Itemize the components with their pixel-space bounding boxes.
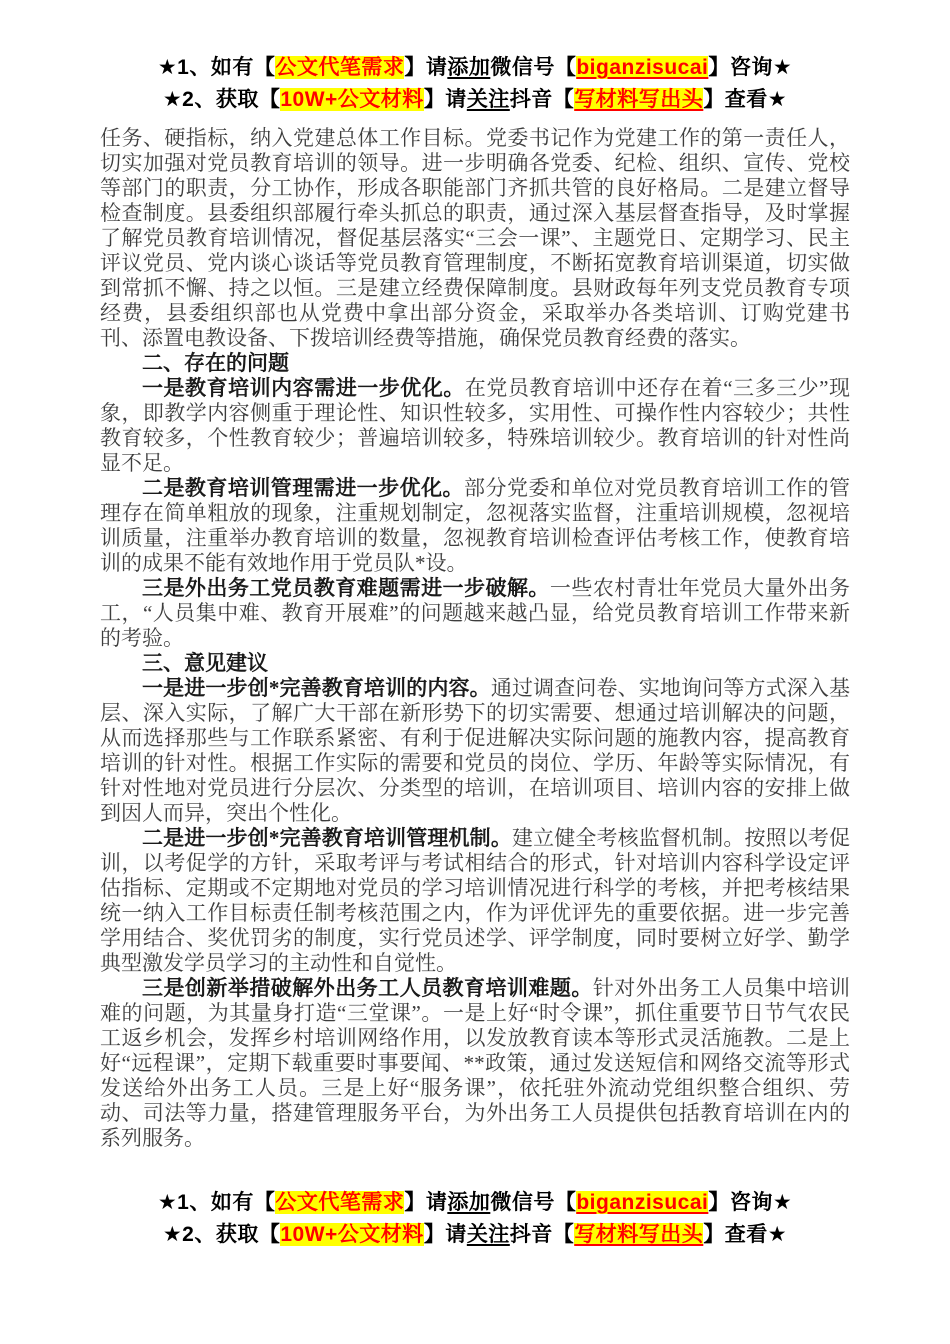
section-heading: 三、意见建议 xyxy=(100,651,850,676)
promo-text: 】请 xyxy=(424,88,467,111)
promo-text: ★1、如有【 xyxy=(158,1191,276,1214)
paragraph: 三是创新举措破解外出务工人员教育培训难题。针对外出务工人员集中培训难的问题，为其… xyxy=(100,976,850,1151)
promo-text: 微信号【 xyxy=(490,56,576,79)
paragraph: 二是教育培训管理需进一步优化。部分党委和单位对党员教育培训工作的管理存在简单粗放… xyxy=(100,476,850,576)
promo-text: ★2、获取【 xyxy=(163,1223,281,1246)
promo-text: 】查看★ xyxy=(703,88,787,111)
promo-line: ★1、如有【公文代笔需求】请添加微信号【biganzisucai】咨询★ xyxy=(100,1187,850,1219)
promo-text: 微信号【 xyxy=(490,1191,576,1214)
document-page: ★1、如有【公文代笔需求】请添加微信号【biganzisucai】咨询★★2、获… xyxy=(0,0,950,1344)
promo-text: 】请 xyxy=(404,1191,447,1214)
paragraph-lead: 一是进一步创*完善教育培训的内容。 xyxy=(142,676,491,700)
promo-line: ★1、如有【公文代笔需求】请添加微信号【biganzisucai】咨询★ xyxy=(100,52,850,84)
paragraph-lead: 三是创新举措破解外出务工人员教育培训难题。 xyxy=(142,976,593,1000)
promo-text: 】请 xyxy=(424,1223,467,1246)
paragraph-lead: 一是教育培训内容需进一步优化。 xyxy=(142,376,465,400)
document-body: 任务、硬指标，纳入党建总体工作目标。党委书记作为党建工作的第一责任人，切实加强对… xyxy=(100,126,850,1151)
paragraph-lead: 三是外出务工党员教育难题需进一步破解。 xyxy=(142,576,550,600)
promo-underline-text: 关注 xyxy=(467,88,510,111)
paragraph-lead: 二是进一步创*完善教育培训管理机制。 xyxy=(142,826,512,850)
paragraph-lead: 二是教育培训管理需进一步优化。 xyxy=(142,476,464,500)
promo-highlight-text: 公文代笔需求 xyxy=(275,56,404,79)
promo-highlight-text: biganzisucai xyxy=(576,56,708,79)
promo-banner-top: ★1、如有【公文代笔需求】请添加微信号【biganzisucai】咨询★★2、获… xyxy=(100,52,850,116)
paragraph: 任务、硬指标，纳入党建总体工作目标。党委书记作为党建工作的第一责任人，切实加强对… xyxy=(100,126,850,351)
paragraph: 一是进一步创*完善教育培训的内容。通过调查问卷、实地询问等方式深入基层、深入实际… xyxy=(100,676,850,826)
promo-highlight-text: biganzisucai xyxy=(576,1191,708,1214)
section-heading: 二、存在的问题 xyxy=(100,351,850,376)
promo-underline-text: 添加 xyxy=(447,1191,490,1214)
promo-text: 抖音【 xyxy=(510,88,575,111)
promo-banner-bottom: ★1、如有【公文代笔需求】请添加微信号【biganzisucai】咨询★★2、获… xyxy=(100,1187,850,1251)
promo-text: ★1、如有【 xyxy=(158,56,276,79)
promo-text: 】咨询★ xyxy=(708,1191,792,1214)
paragraph: 二是进一步创*完善教育培训管理机制。建立健全考核监督机制。按照以考促训，以考促学… xyxy=(100,826,850,976)
promo-text: 抖音【 xyxy=(510,1223,575,1246)
promo-text: 】咨询★ xyxy=(708,56,792,79)
paragraph: 三是外出务工党员教育难题需进一步破解。一些农村青壮年党员大量外出务工，“人员集中… xyxy=(100,576,850,651)
promo-highlight-text: 写材料写出头 xyxy=(574,88,703,111)
promo-text: 】请 xyxy=(404,56,447,79)
promo-text: 】查看★ xyxy=(703,1223,787,1246)
promo-highlight-text: 10W+公文材料 xyxy=(280,1223,423,1246)
promo-underline-text: 添加 xyxy=(447,56,490,79)
promo-highlight-text: 10W+公文材料 xyxy=(280,88,423,111)
promo-highlight-text: 公文代笔需求 xyxy=(275,1191,404,1214)
promo-text: ★2、获取【 xyxy=(163,88,281,111)
paragraph: 一是教育培训内容需进一步优化。在党员教育培训中还存在着“三多三少”现象，即教学内… xyxy=(100,376,850,476)
promo-underline-text: 关注 xyxy=(467,1223,510,1246)
promo-line: ★2、获取【10W+公文材料】请关注抖音【写材料写出头】查看★ xyxy=(100,1219,850,1251)
promo-line: ★2、获取【10W+公文材料】请关注抖音【写材料写出头】查看★ xyxy=(100,84,850,116)
promo-highlight-text: 写材料写出头 xyxy=(574,1223,703,1246)
